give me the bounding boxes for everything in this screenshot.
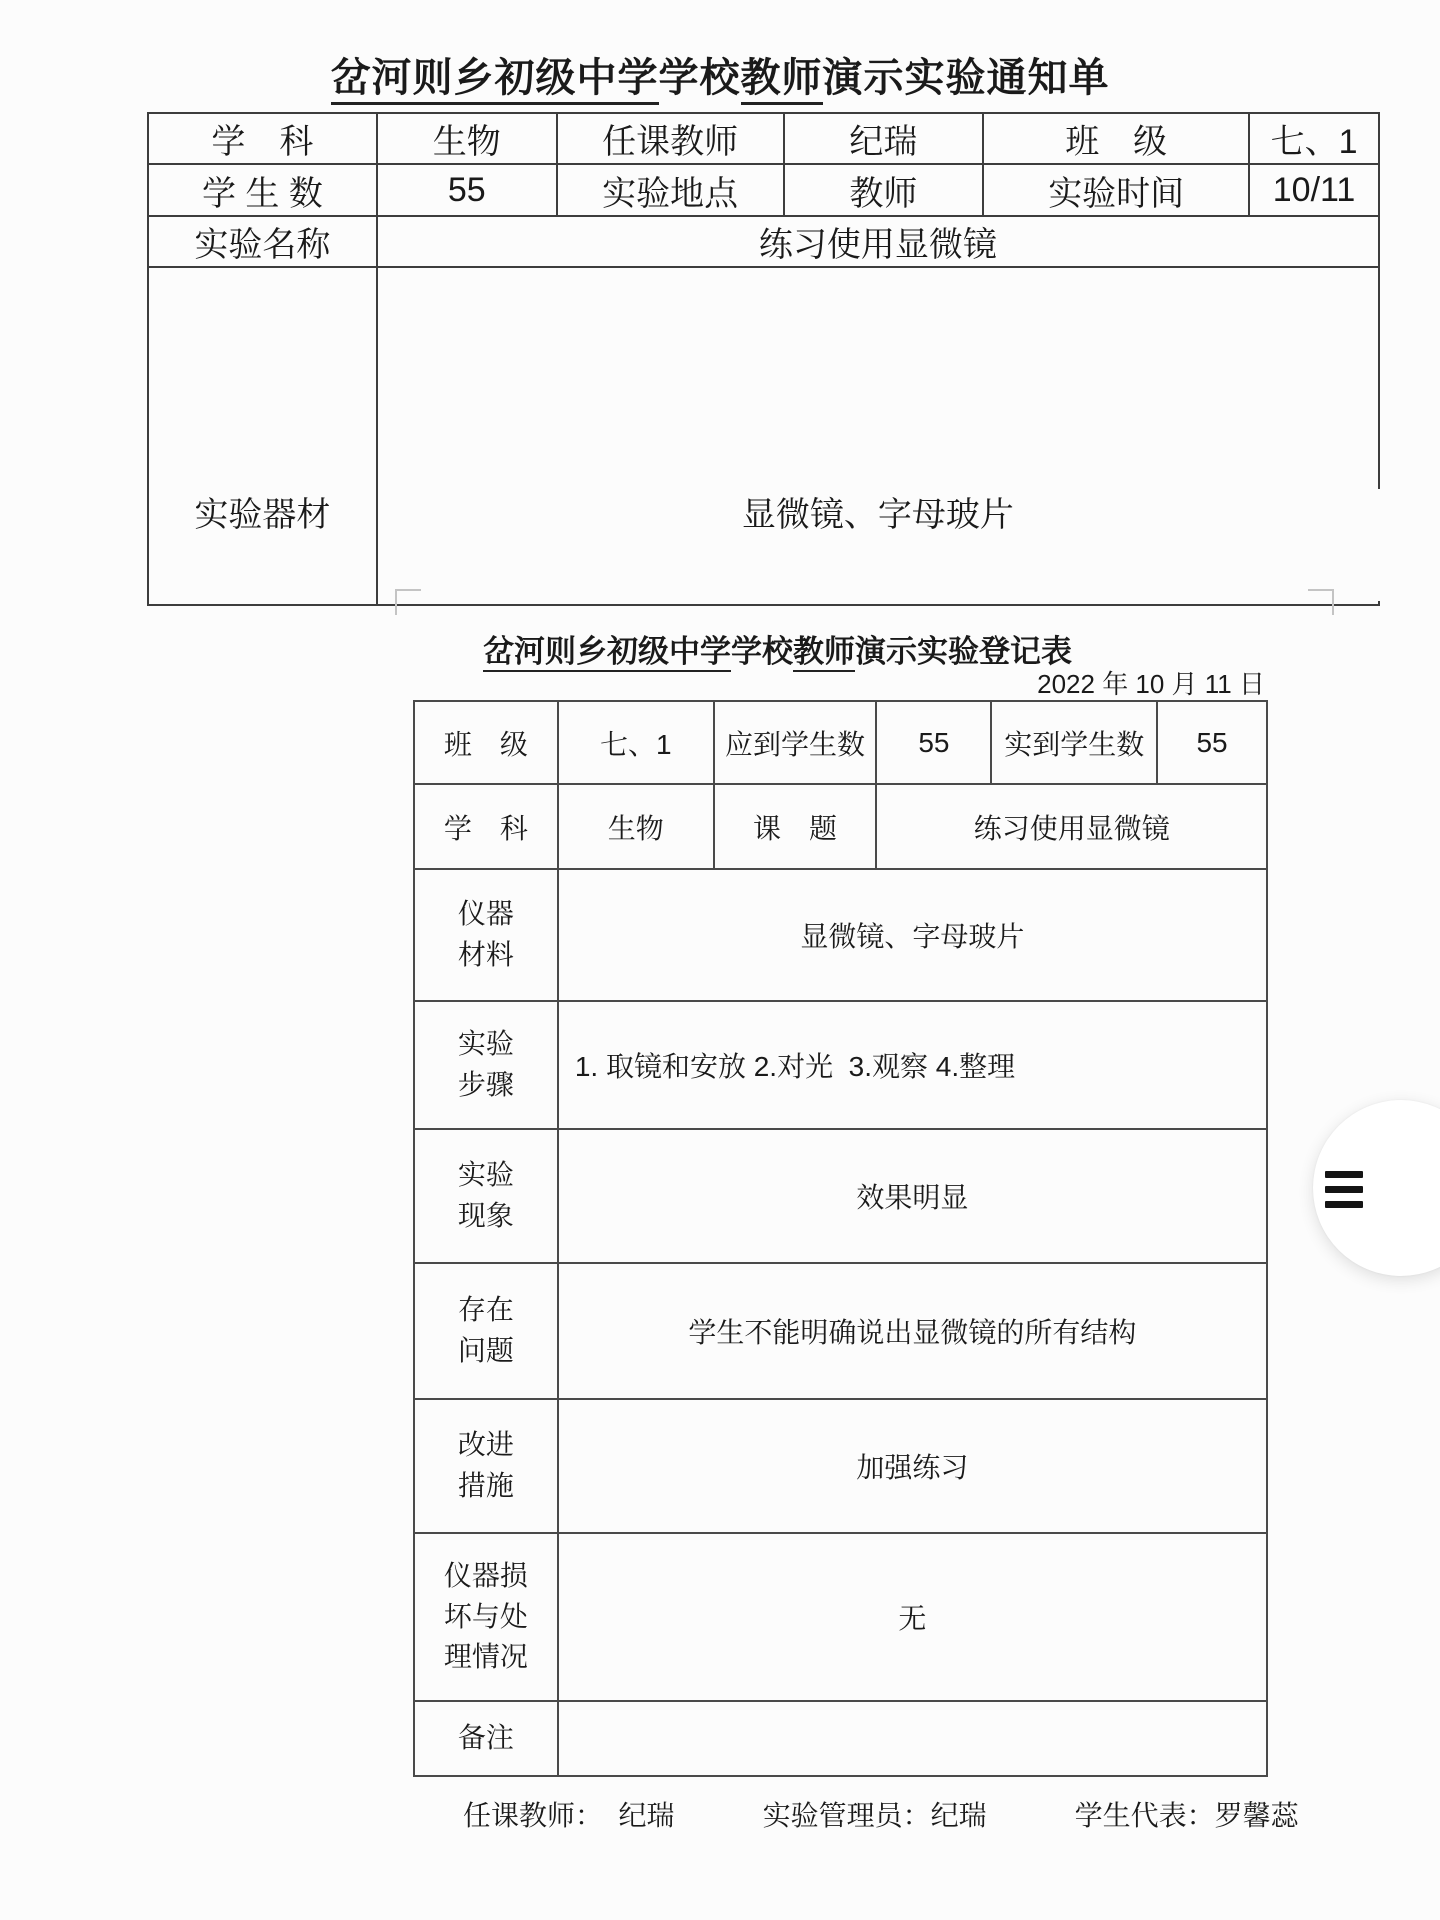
location-value: 教师 bbox=[784, 164, 984, 216]
subject-value: 生物 bbox=[558, 784, 714, 869]
remarks-label: 备注 bbox=[414, 1701, 558, 1776]
notice-table: 学 科 生物 任课教师 纪瑞 班 级 七、1 学 生 数 55 实验地点 教师 … bbox=[147, 112, 1380, 606]
actual-students-value: 55 bbox=[1157, 701, 1267, 784]
hamburger-menu-icon bbox=[1325, 1171, 1363, 1208]
class-value: 七、1 bbox=[1249, 113, 1379, 164]
doc1-title-school-underlined: 岔河则乡初级中学 bbox=[331, 56, 659, 105]
topic-value: 练习使用显微镜 bbox=[876, 784, 1267, 869]
registry-table: 班 级 七、1 应到学生数 55 实到学生数 55 学 科 生物 课 题 练习使… bbox=[413, 700, 1268, 1777]
page2-top-right-corner-mark bbox=[1308, 589, 1334, 615]
phenomenon-label: 实验 现象 bbox=[414, 1129, 558, 1263]
damage-label: 仪器损 坏与处 理情况 bbox=[414, 1533, 558, 1701]
floating-menu-button[interactable] bbox=[1313, 1100, 1440, 1276]
subject-label: 学 科 bbox=[148, 113, 377, 164]
doc1-title-mid: 学校 bbox=[659, 56, 741, 100]
problems-label: 存在 问题 bbox=[414, 1263, 558, 1399]
teacher-label: 任课教师 bbox=[557, 113, 784, 164]
student-count-label: 学 生 数 bbox=[148, 164, 377, 216]
actual-students-label: 实到学生数 bbox=[991, 701, 1157, 784]
doc1-title-teacher-underlined: 教师 bbox=[741, 56, 823, 105]
steps-value: 1. 取镜和安放 2.对光 3.观察 4.整理 bbox=[558, 1001, 1267, 1129]
page2-top-left-corner-mark bbox=[395, 589, 421, 615]
class-label: 班 级 bbox=[414, 701, 558, 784]
class-value: 七、1 bbox=[558, 701, 714, 784]
expected-students-label: 应到学生数 bbox=[714, 701, 877, 784]
location-label: 实验地点 bbox=[557, 164, 784, 216]
improvements-value: 加强练习 bbox=[558, 1399, 1267, 1533]
experiment-name-value: 练习使用显微镜 bbox=[377, 216, 1379, 267]
student-rep-signature: 学生代表：罗馨蕊 bbox=[1075, 1794, 1299, 1834]
manager-signature: 实验管理员：纪瑞 bbox=[763, 1794, 987, 1834]
materials-label: 仪器 材料 bbox=[414, 869, 558, 1001]
subject-label: 学 科 bbox=[414, 784, 558, 869]
topic-label: 课 题 bbox=[714, 784, 877, 869]
phenomenon-value: 效果明显 bbox=[558, 1129, 1267, 1263]
equipment-label: 实验器材 bbox=[148, 267, 377, 605]
class-label: 班 级 bbox=[983, 113, 1249, 164]
materials-value: 显微镜、字母玻片 bbox=[558, 869, 1267, 1001]
remarks-value bbox=[558, 1701, 1267, 1776]
scanned-document-page: 岔河则乡初级中学学校教师演示实验通知单 学 科 生物 任课教师 纪瑞 班 级 七… bbox=[0, 0, 1440, 1920]
teacher-value: 纪瑞 bbox=[784, 113, 984, 164]
signature-row: 任课教师： 纪瑞 实验管理员：纪瑞 学生代表：罗馨蕊 bbox=[463, 1794, 1299, 1834]
teacher-signature: 任课教师： 纪瑞 bbox=[463, 1794, 675, 1834]
problems-value: 学生不能明确说出显微镜的所有结构 bbox=[558, 1263, 1267, 1399]
equipment-value: 显微镜、字母玻片 bbox=[377, 267, 1379, 605]
subject-value: 生物 bbox=[377, 113, 557, 164]
scan-fade-patch-bottom bbox=[382, 587, 1388, 601]
improvements-label: 改进 措施 bbox=[414, 1399, 558, 1533]
damage-value: 无 bbox=[558, 1533, 1267, 1701]
student-count-value: 55 bbox=[377, 164, 557, 216]
doc2-date: 2022 年 10 月 11 日 bbox=[413, 664, 1265, 701]
steps-label: 实验 步骤 bbox=[414, 1001, 558, 1129]
experiment-name-label: 实验名称 bbox=[148, 216, 377, 267]
time-label: 实验时间 bbox=[983, 164, 1249, 216]
doc1-title: 岔河则乡初级中学学校教师演示实验通知单 bbox=[0, 46, 1440, 103]
doc1-title-rest: 演示实验通知单 bbox=[823, 56, 1110, 100]
expected-students-value: 55 bbox=[876, 701, 991, 784]
time-value: 10/11 bbox=[1249, 164, 1379, 216]
scan-fade-patch-right bbox=[1369, 489, 1387, 601]
